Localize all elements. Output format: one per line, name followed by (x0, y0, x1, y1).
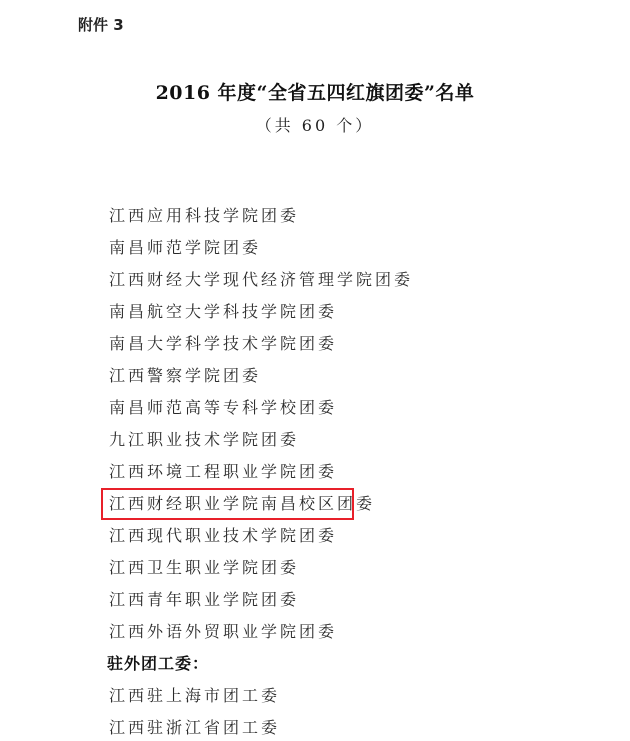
list-item: 南昌师范学院团委 (109, 236, 413, 268)
list-item: 江西财经大学现代经济管理学院团委 (109, 268, 413, 300)
attachment-label: 附件 3 (78, 14, 124, 35)
list-item: 江西卫生职业学院团委 (109, 556, 413, 588)
list-item: 江西青年职业学院团委 (109, 588, 413, 620)
list-item: 江西外语外贸职业学院团委 (109, 620, 413, 652)
document-subtitle: （共 60 个） (0, 113, 630, 136)
list-item: 南昌大学科学技术学院团委 (109, 332, 413, 364)
list-item: 南昌师范高等专科学校团委 (109, 396, 413, 428)
section-heading: 驻外团工委： (107, 652, 413, 684)
list-item: 江西驻浙江省团工委 (109, 716, 413, 741)
list-item-highlighted: 江西财经职业学院南昌校区团委 (109, 492, 413, 524)
organization-list: 江西应用科技学院团委 南昌师范学院团委 江西财经大学现代经济管理学院团委 南昌航… (109, 204, 413, 741)
list-item: 江西环境工程职业学院团委 (109, 460, 413, 492)
list-item: 江西驻上海市团工委 (109, 684, 413, 716)
list-item: 江西应用科技学院团委 (109, 204, 413, 236)
list-item: 江西警察学院团委 (109, 364, 413, 396)
list-item: 南昌航空大学科技学院团委 (109, 300, 413, 332)
list-item: 九江职业技术学院团委 (109, 428, 413, 460)
document-title: 2016 年度“全省五四红旗团委”名单 (0, 78, 630, 105)
list-item: 江西现代职业技术学院团委 (109, 524, 413, 556)
